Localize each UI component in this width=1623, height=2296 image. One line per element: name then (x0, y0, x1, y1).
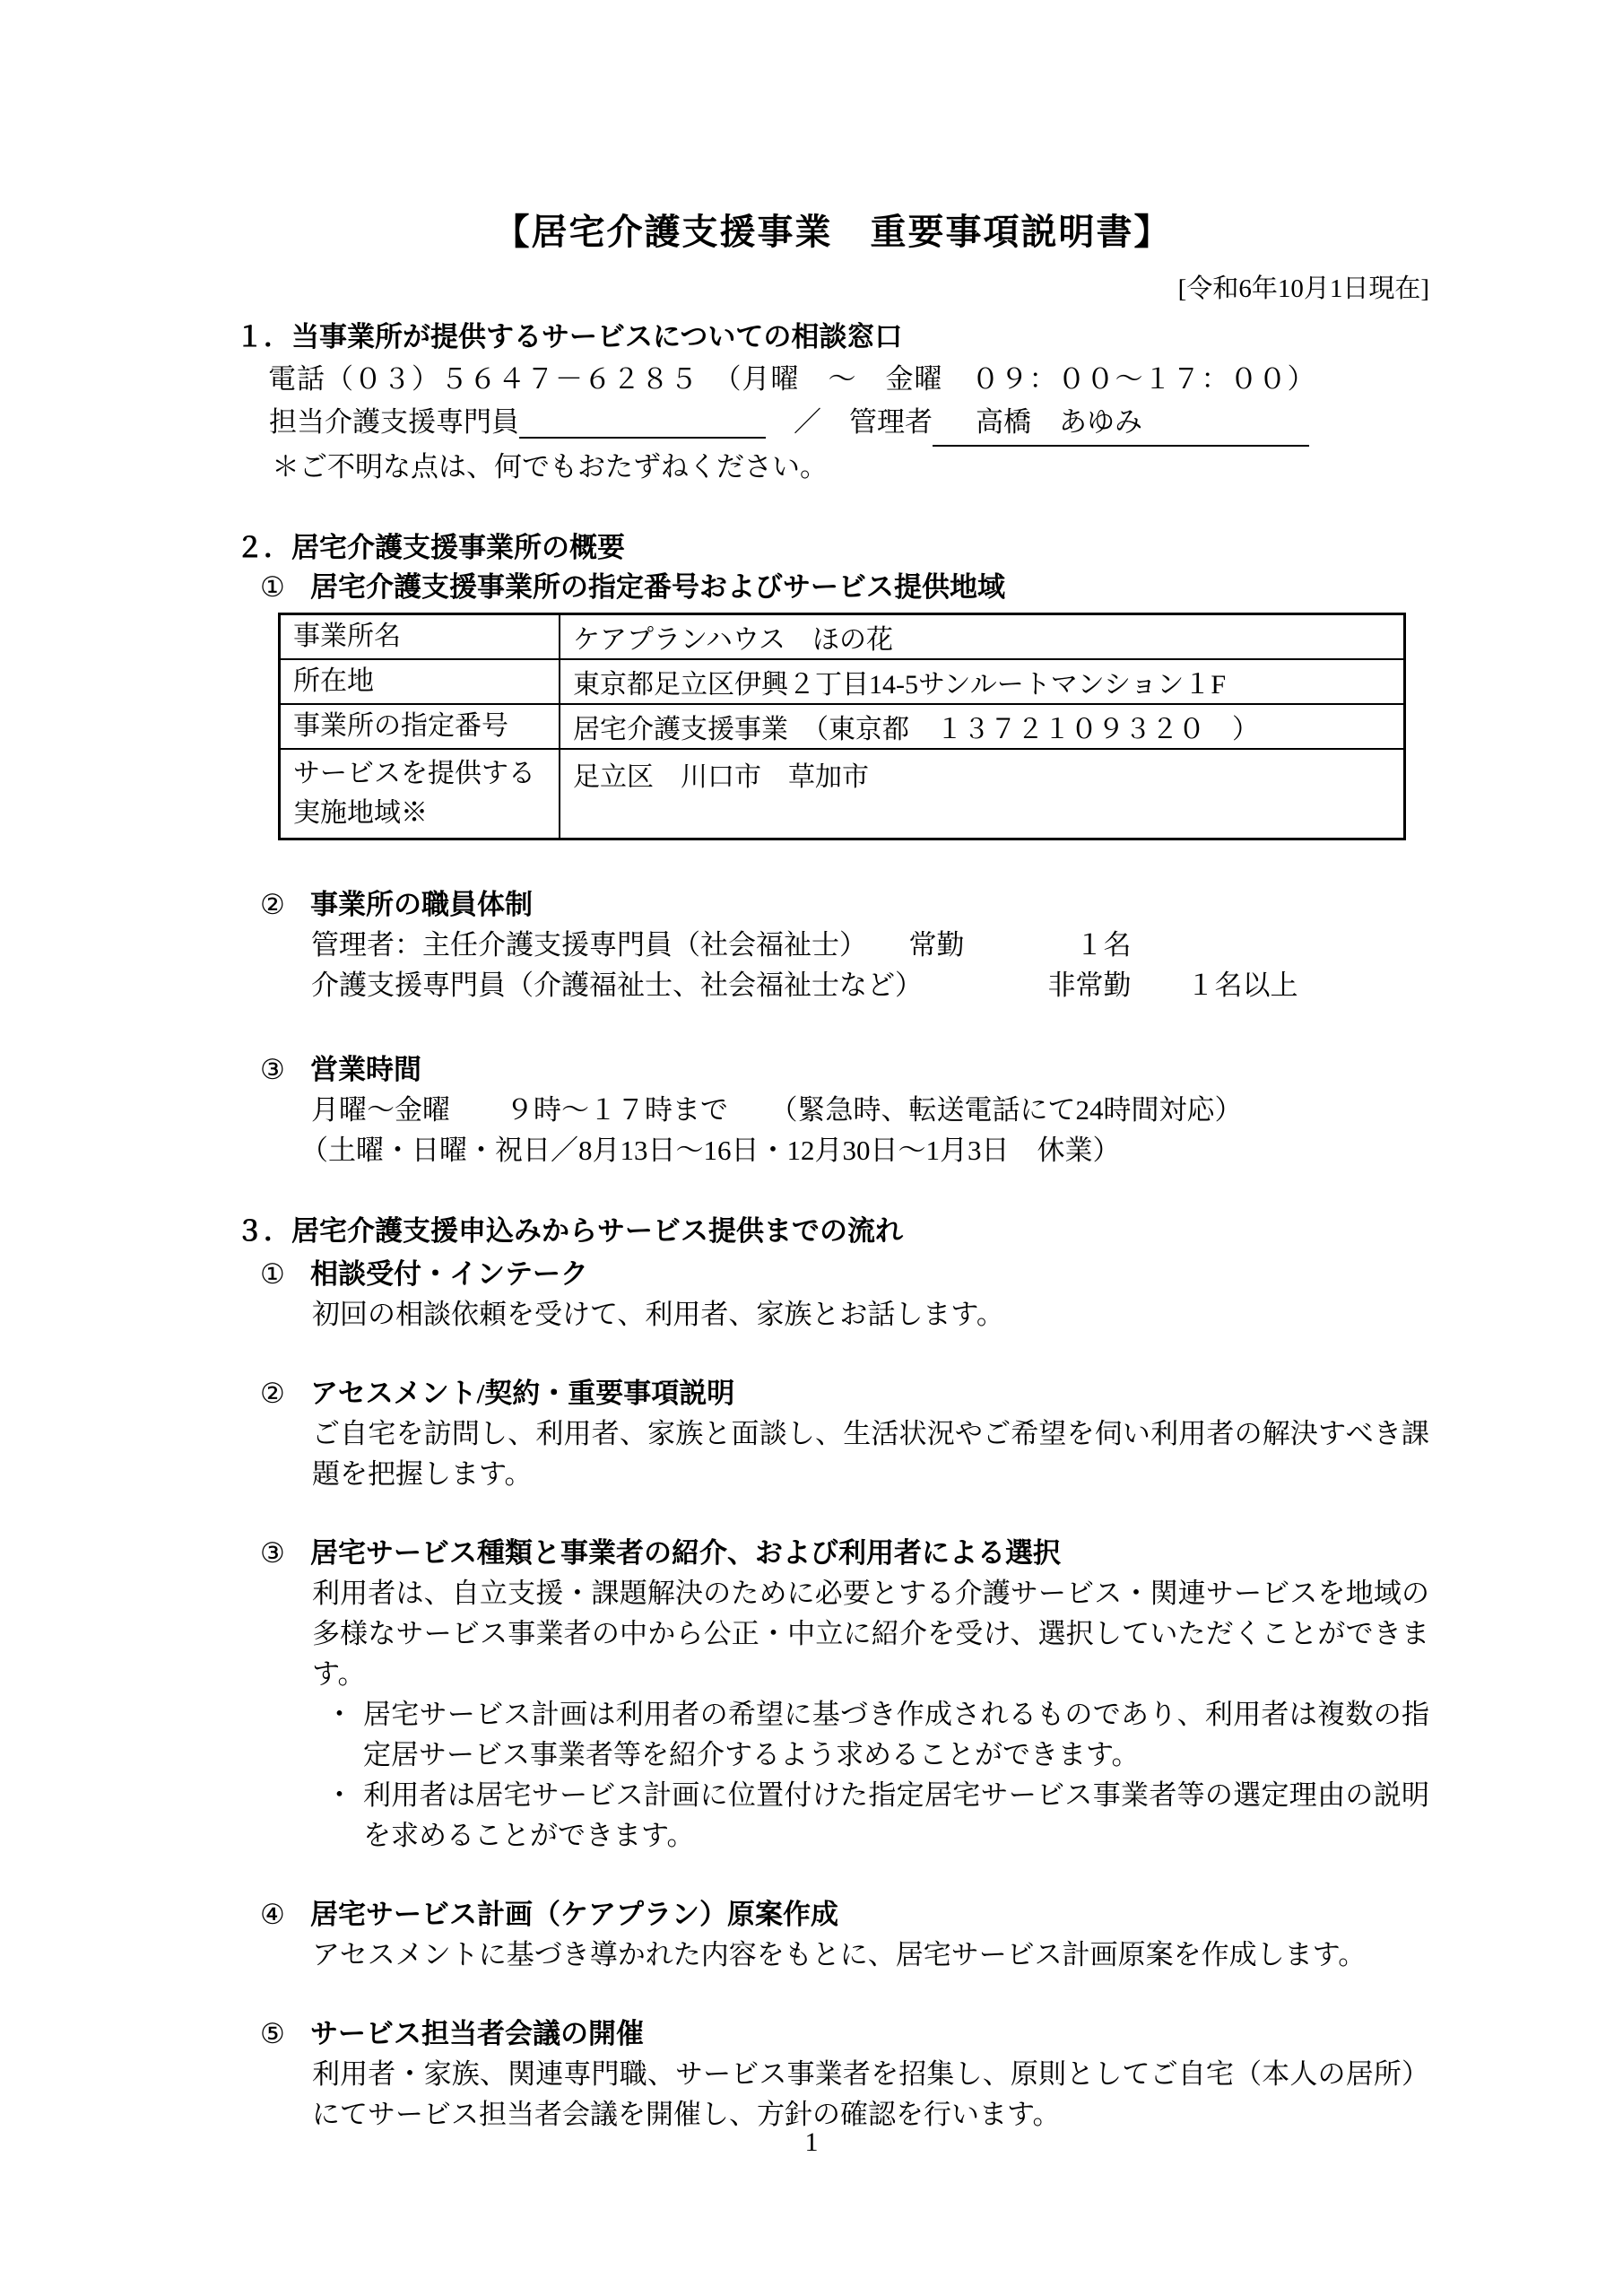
section2-item2-heading: ② 事業所の職員体制 (260, 885, 1429, 925)
circled-1-marker: ① (260, 1255, 310, 1294)
step2-body: ご自宅を訪問し、利用者、家族と面談し、生活状況やご希望を伺い利用者の解決すべき課… (312, 1413, 1429, 1494)
section1-heading: １．当事業所が提供するサービスについての相談窓口 (236, 317, 1429, 357)
step2-heading: ② アセスメント/契約・重要事項説明 (260, 1374, 1429, 1413)
table-row-designation-number: 事業所の指定番号 居宅介護支援事業 （東京都 １３７２１０９３２０ ） (280, 704, 1405, 749)
document-page: 【居宅介護支援事業 重要事項説明書】 [令和6年10月1日現在] １．当事業所が… (0, 0, 1623, 2296)
step1-heading: ① 相談受付・インテーク (260, 1255, 1429, 1294)
step3-body: 利用者は、自立支援・課題解決のために必要とする介護サービス・関連サービスを地域の… (312, 1573, 1429, 1694)
step3-title: 居宅サービス種類と事業者の紹介、および利用者による選択 (310, 1534, 1061, 1573)
circled-2-marker: ② (260, 885, 310, 925)
circled-4-marker: ④ (260, 1895, 310, 1935)
page-number: 1 (0, 2127, 1623, 2158)
circled-3-marker: ③ (260, 1050, 310, 1090)
step5-body: 利用者・家族、関連専門職、サービス事業者を招集し、原則としてご自宅（本人の居所）… (312, 2054, 1429, 2135)
care-manager-label: 担当介護支援専門員 (269, 406, 519, 438)
step3-heading: ③ 居宅サービス種類と事業者の紹介、および利用者による選択 (260, 1534, 1429, 1573)
table-value: 東京都足立区伊興２丁目14-5サンルートマンション１F (560, 659, 1405, 704)
staff-manager-line: 担当介護支援専門員 ／ 管理者高橋 あゆみ (269, 400, 1429, 447)
table-value: ケアプランハウス ほの花 (560, 614, 1405, 660)
section2-item1-heading: ① 居宅介護支援事業所の指定番号およびサービス提供地域 (260, 568, 1429, 607)
table-label: サービスを提供する 実施地域※ (280, 749, 560, 839)
office-info-table: 事業所名 ケアプランハウス ほの花 所在地 東京都足立区伊興２丁目14-5サンル… (278, 613, 1406, 840)
section2-heading: ２．居宅介護支援事業所の概要 (236, 528, 1429, 568)
step4-title: 居宅サービス計画（ケアプラン）原案作成 (310, 1895, 838, 1935)
step2-title: アセスメント/契約・重要事項説明 (310, 1374, 734, 1413)
manager-label: ／ 管理者 (766, 406, 933, 438)
document-title: 【居宅介護支援事業 重要事項説明書】 (236, 208, 1429, 257)
table-row-service-area: サービスを提供する 実施地域※ 足立区 川口市 草加市 (280, 749, 1405, 839)
phone-line: 電話（０３）５６４７－６２８５ （月曜 ～ 金曜 ０９：００～１７：００） (268, 359, 1429, 400)
step4-body: アセスメントに基づき導かれた内容をもとに、居宅サービス計画原案を作成します。 (312, 1935, 1429, 1975)
table-label: 事業所の指定番号 (280, 704, 560, 749)
step3-bullet-2: ・ 利用者は居宅サービス計画に位置付けた指定居宅サービス事業者等の選定理由の説明… (325, 1775, 1429, 1856)
step1-title: 相談受付・インテーク (310, 1255, 588, 1294)
hours-line-1: 月曜～金曜 ９時～１７時まで （緊急時、転送電話にて24時間対応） (311, 1090, 1429, 1130)
hours-line-2: （土曜・日曜・祝日／8月13日～16日・12月30日～1月3日 休業） (300, 1130, 1429, 1170)
table-row-office-name: 事業所名 ケアプランハウス ほの花 (280, 614, 1405, 660)
care-manager-blank-field (519, 437, 766, 439)
section2-item3-heading: ③ 営業時間 (260, 1050, 1429, 1090)
bullet-dot-icon: ・ (325, 1775, 363, 1856)
section2-item2-title: 事業所の職員体制 (310, 885, 533, 925)
circled-5-marker: ⑤ (260, 2014, 310, 2054)
step3-bullet-1: ・ 居宅サービス計画は利用者の希望に基づき作成されるものであり、利用者は複数の指… (325, 1694, 1429, 1775)
table-row-address: 所在地 東京都足立区伊興２丁目14-5サンルートマンション１F (280, 659, 1405, 704)
inquiry-note: ＊ご不明な点は、何でもおたずねください。 (272, 447, 1429, 487)
table-label: 事業所名 (280, 614, 560, 660)
staffing-line-1: 管理者：主任介護支援専門員（社会福祉士） 常勤 １名 (311, 925, 1429, 965)
document-content: 【居宅介護支援事業 重要事項説明書】 [令和6年10月1日現在] １．当事業所が… (0, 0, 1623, 2135)
section2-item1-title: 居宅介護支援事業所の指定番号およびサービス提供地域 (310, 568, 1005, 607)
circled-3-marker: ③ (260, 1534, 310, 1573)
circled-2-marker: ② (260, 1374, 310, 1413)
table-value: 足立区 川口市 草加市 (560, 749, 1405, 839)
section2-item3-title: 営業時間 (310, 1050, 421, 1090)
circled-1-marker: ① (260, 568, 310, 607)
section3-heading: ３．居宅介護支援申込みからサービス提供までの流れ (236, 1212, 1429, 1251)
staffing-line-2: 介護支援専門員（介護福祉士、社会福祉士など） 非常勤 １名以上 (311, 965, 1429, 1005)
manager-name-field: 高橋 あゆみ (933, 400, 1309, 447)
table-label: 所在地 (280, 659, 560, 704)
bullet-dot-icon: ・ (325, 1694, 363, 1775)
date-note: [令和6年10月1日現在] (236, 273, 1429, 305)
step4-heading: ④ 居宅サービス計画（ケアプラン）原案作成 (260, 1895, 1429, 1935)
step3-bullet-1-text: 居宅サービス計画は利用者の希望に基づき作成されるものであり、利用者は複数の指定居… (363, 1694, 1429, 1775)
step5-heading: ⑤ サービス担当者会議の開催 (260, 2014, 1429, 2054)
step3-bullet-2-text: 利用者は居宅サービス計画に位置付けた指定居宅サービス事業者等の選定理由の説明を求… (363, 1775, 1429, 1856)
step1-body: 初回の相談依頼を受けて、利用者、家族とお話します。 (312, 1294, 1429, 1335)
step5-title: サービス担当者会議の開催 (310, 2014, 644, 2054)
table-value: 居宅介護支援事業 （東京都 １３７２１０９３２０ ） (560, 704, 1405, 749)
